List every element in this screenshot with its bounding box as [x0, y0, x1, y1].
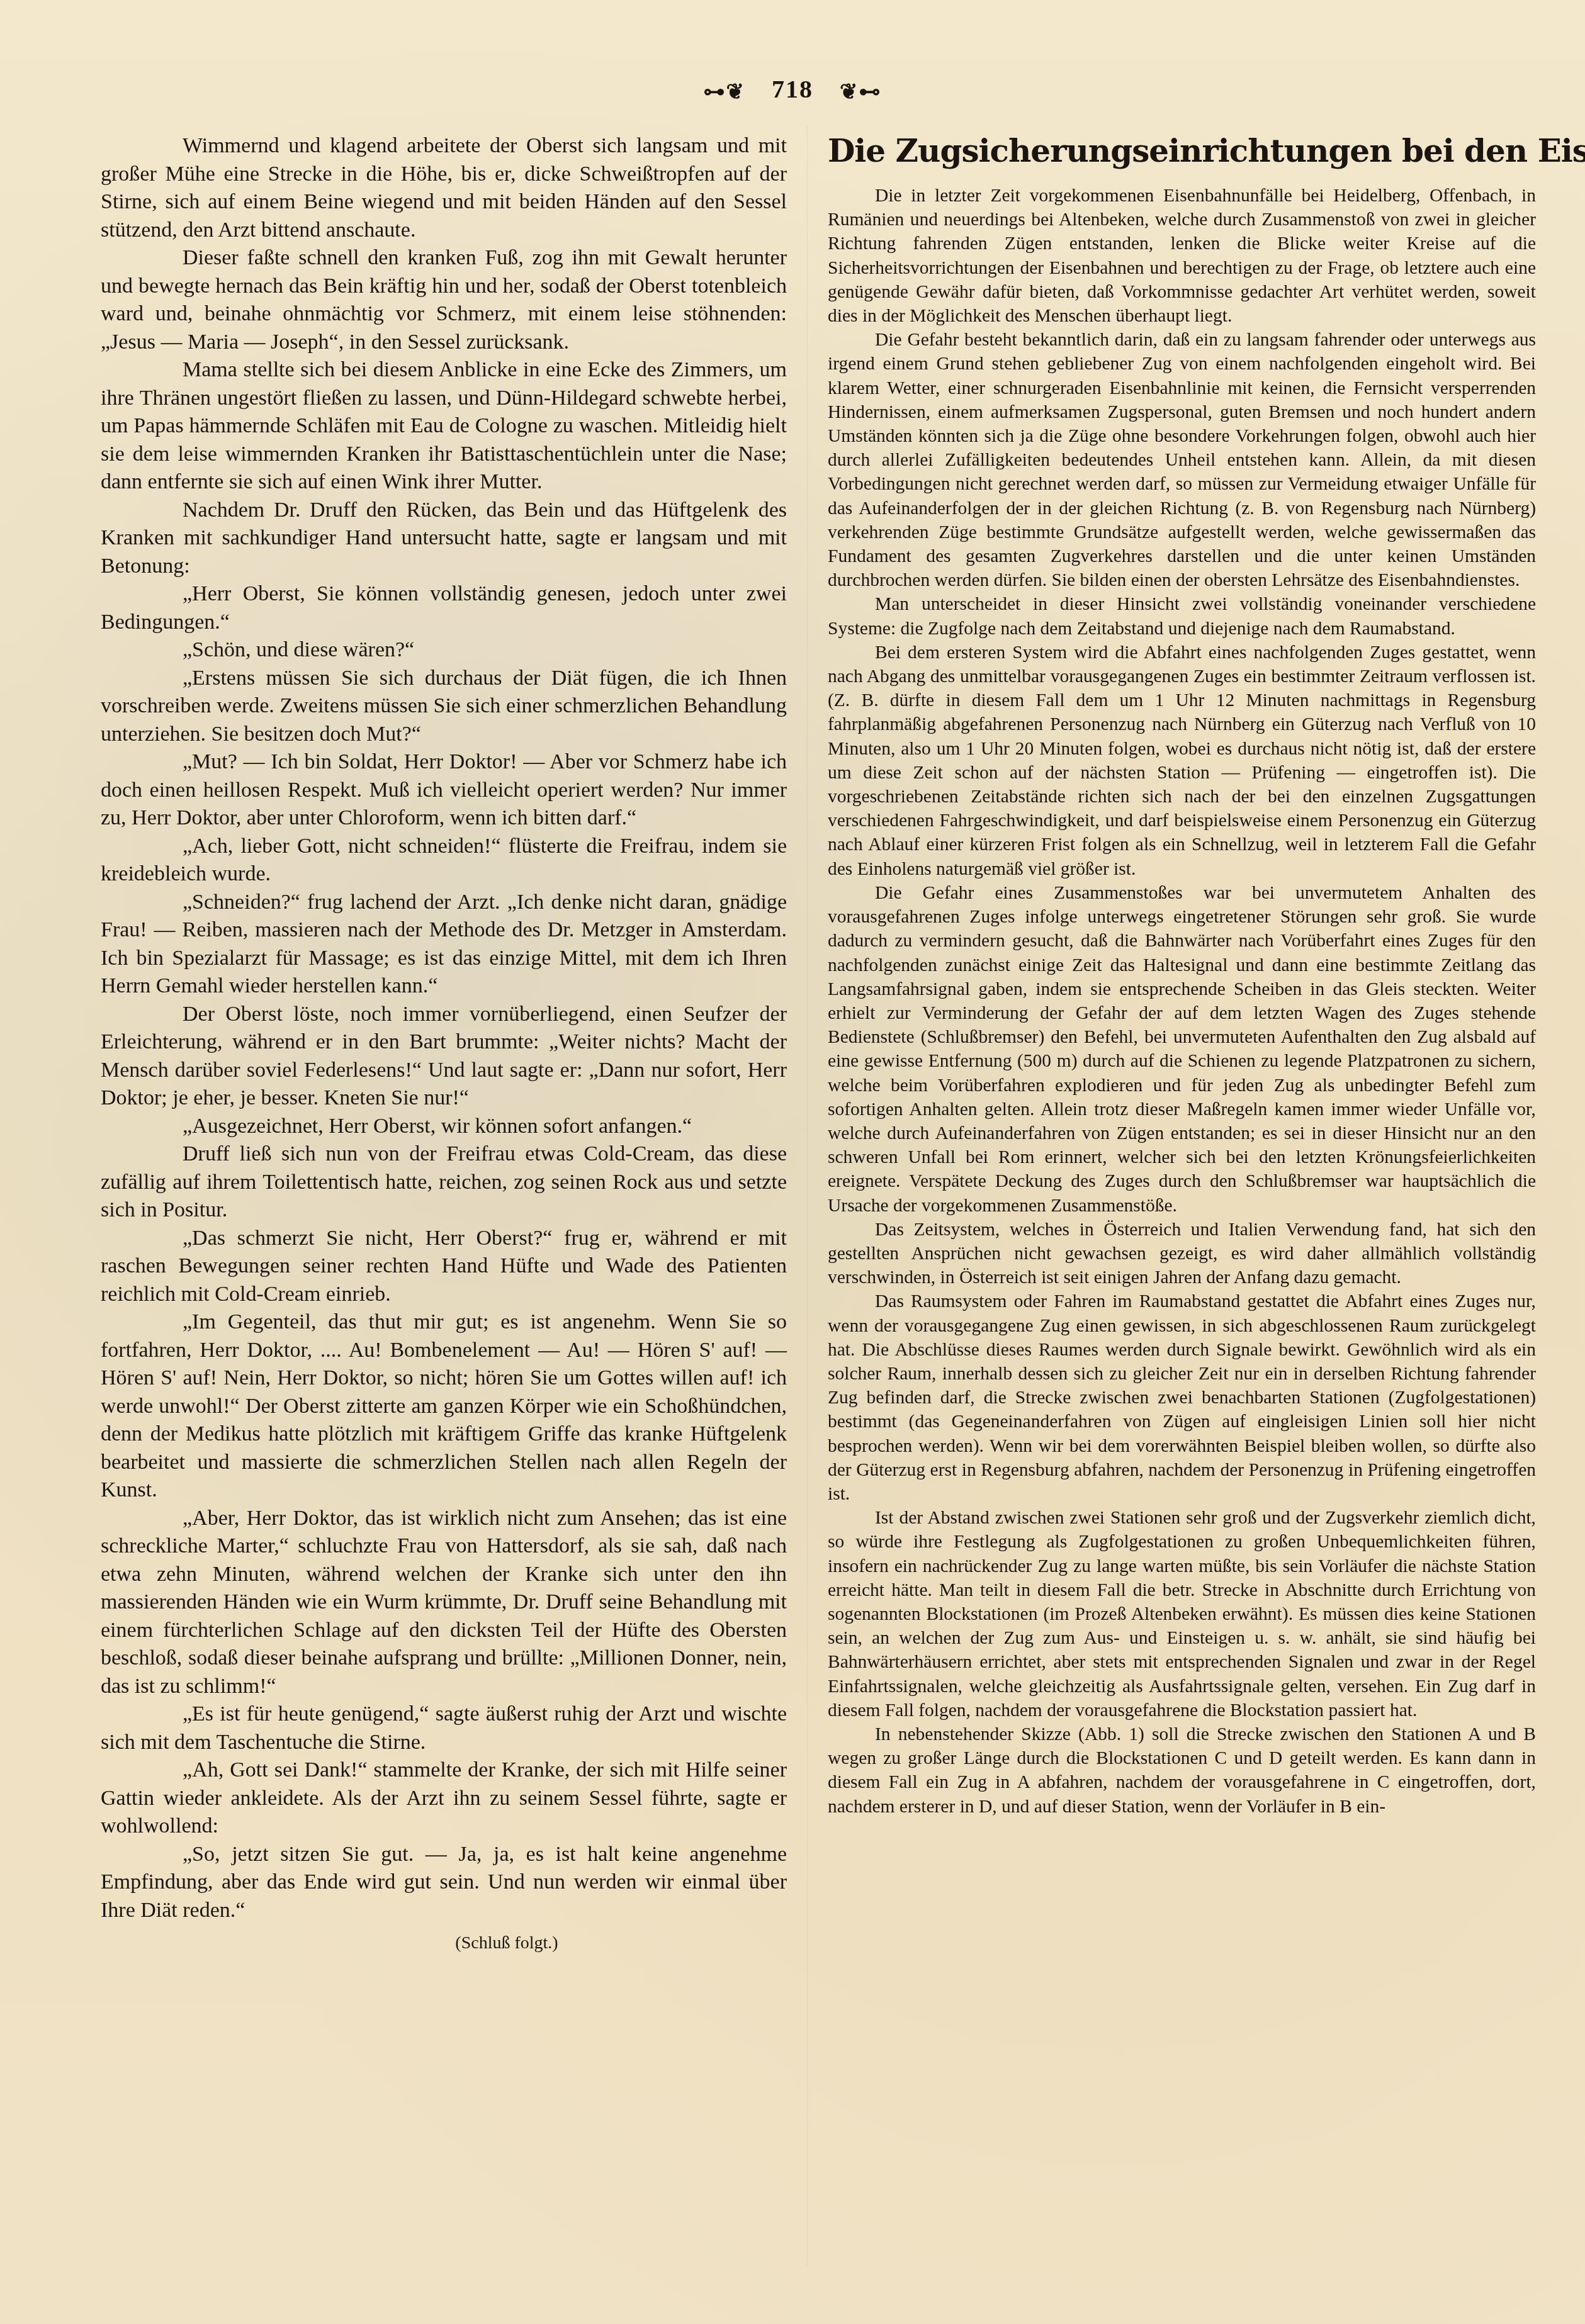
story-paragraph: „Mut? — Ich bin Soldat, Herr Doktor! — A… [101, 748, 787, 833]
article-title: Die Zugsicherungseinrichtungen bei den E… [828, 132, 1536, 170]
ornament-right-icon: ❦⊷ [840, 81, 882, 104]
ornament-left-icon: ⊶❦ [704, 81, 746, 104]
story-paragraph: „Ausgezeichnet, Herr Oberst, wir können … [101, 1113, 787, 1141]
page-number-header: ⊶❦ 718 ❦⊷ [0, 74, 1585, 104]
column-divider [807, 126, 808, 2265]
story-paragraph: „Aber, Herr Doktor, das ist wirklich nic… [101, 1505, 787, 1701]
story-paragraph: „Ach, lieber Gott, nicht schneiden!“ flü… [101, 833, 787, 889]
article-paragraph: Die Gefahr besteht bekanntlich darin, da… [828, 328, 1536, 592]
article-paragraph: In nebenstehender Skizze (Abb. 1) soll d… [828, 1722, 1536, 1819]
story-paragraph: Der Oberst löste, noch immer vornüberlie… [101, 1001, 787, 1113]
page-number: 718 [772, 75, 813, 103]
story-paragraph: „Erstens müssen Sie sich durchaus der Di… [101, 665, 787, 749]
article-paragraph: Bei dem ersteren System wird die Abfahrt… [828, 641, 1536, 881]
story-paragraph: „Herr Oberst, Sie können vollständig gen… [101, 580, 787, 636]
article-paragraph: Das Raumsystem oder Fahren im Raumabstan… [828, 1289, 1536, 1506]
right-column-article: Die Zugsicherungseinrichtungen bei den E… [828, 132, 1536, 1819]
article-paragraph: Man unterscheidet in dieser Hinsicht zwe… [828, 592, 1536, 640]
story-paragraph: Nachdem Dr. Druff den Rücken, das Bein u… [101, 497, 787, 581]
story-paragraph: „Ah, Gott sei Dank!“ stammelte der Krank… [101, 1756, 787, 1841]
story-paragraph: Mama stellte sich bei diesem Anblicke in… [101, 356, 787, 497]
story-paragraph: Dieser faßte schnell den kranken Fuß, zo… [101, 244, 787, 356]
article-paragraph: Das Zeitsystem, welches in Österreich un… [828, 1218, 1536, 1290]
story-paragraph: „Das schmerzt Sie nicht, Herr Oberst?“ f… [101, 1225, 787, 1309]
story-paragraph: Wimmernd und klagend arbeitete der Obers… [101, 132, 787, 244]
article-paragraph: Die in letzter Zeit vorgekommenen Eisenb… [828, 184, 1536, 328]
story-paragraph: Druff ließ sich nun von der Freifrau etw… [101, 1140, 787, 1225]
story-paragraph: „Im Gegenteil, das thut mir gut; es ist … [101, 1308, 787, 1505]
continued-note: (Schluß folgt.) [227, 1929, 787, 1958]
left-column-story: Wimmernd und klagend arbeitete der Obers… [101, 132, 787, 1958]
story-paragraph: „So, jetzt sitzen Sie gut. — Ja, ja, es … [101, 1841, 787, 1925]
story-paragraph: „Schneiden?“ frug lachend der Arzt. „Ich… [101, 889, 787, 1001]
article-paragraph: Ist der Abstand zwischen zwei Stationen … [828, 1506, 1536, 1722]
article-paragraph: Die Gefahr eines Zusammenstoßes war bei … [828, 881, 1536, 1218]
story-paragraph: „Schön, und diese wären?“ [101, 636, 787, 665]
story-paragraph: „Es ist für heute genügend,“ sagte äußer… [101, 1700, 787, 1756]
